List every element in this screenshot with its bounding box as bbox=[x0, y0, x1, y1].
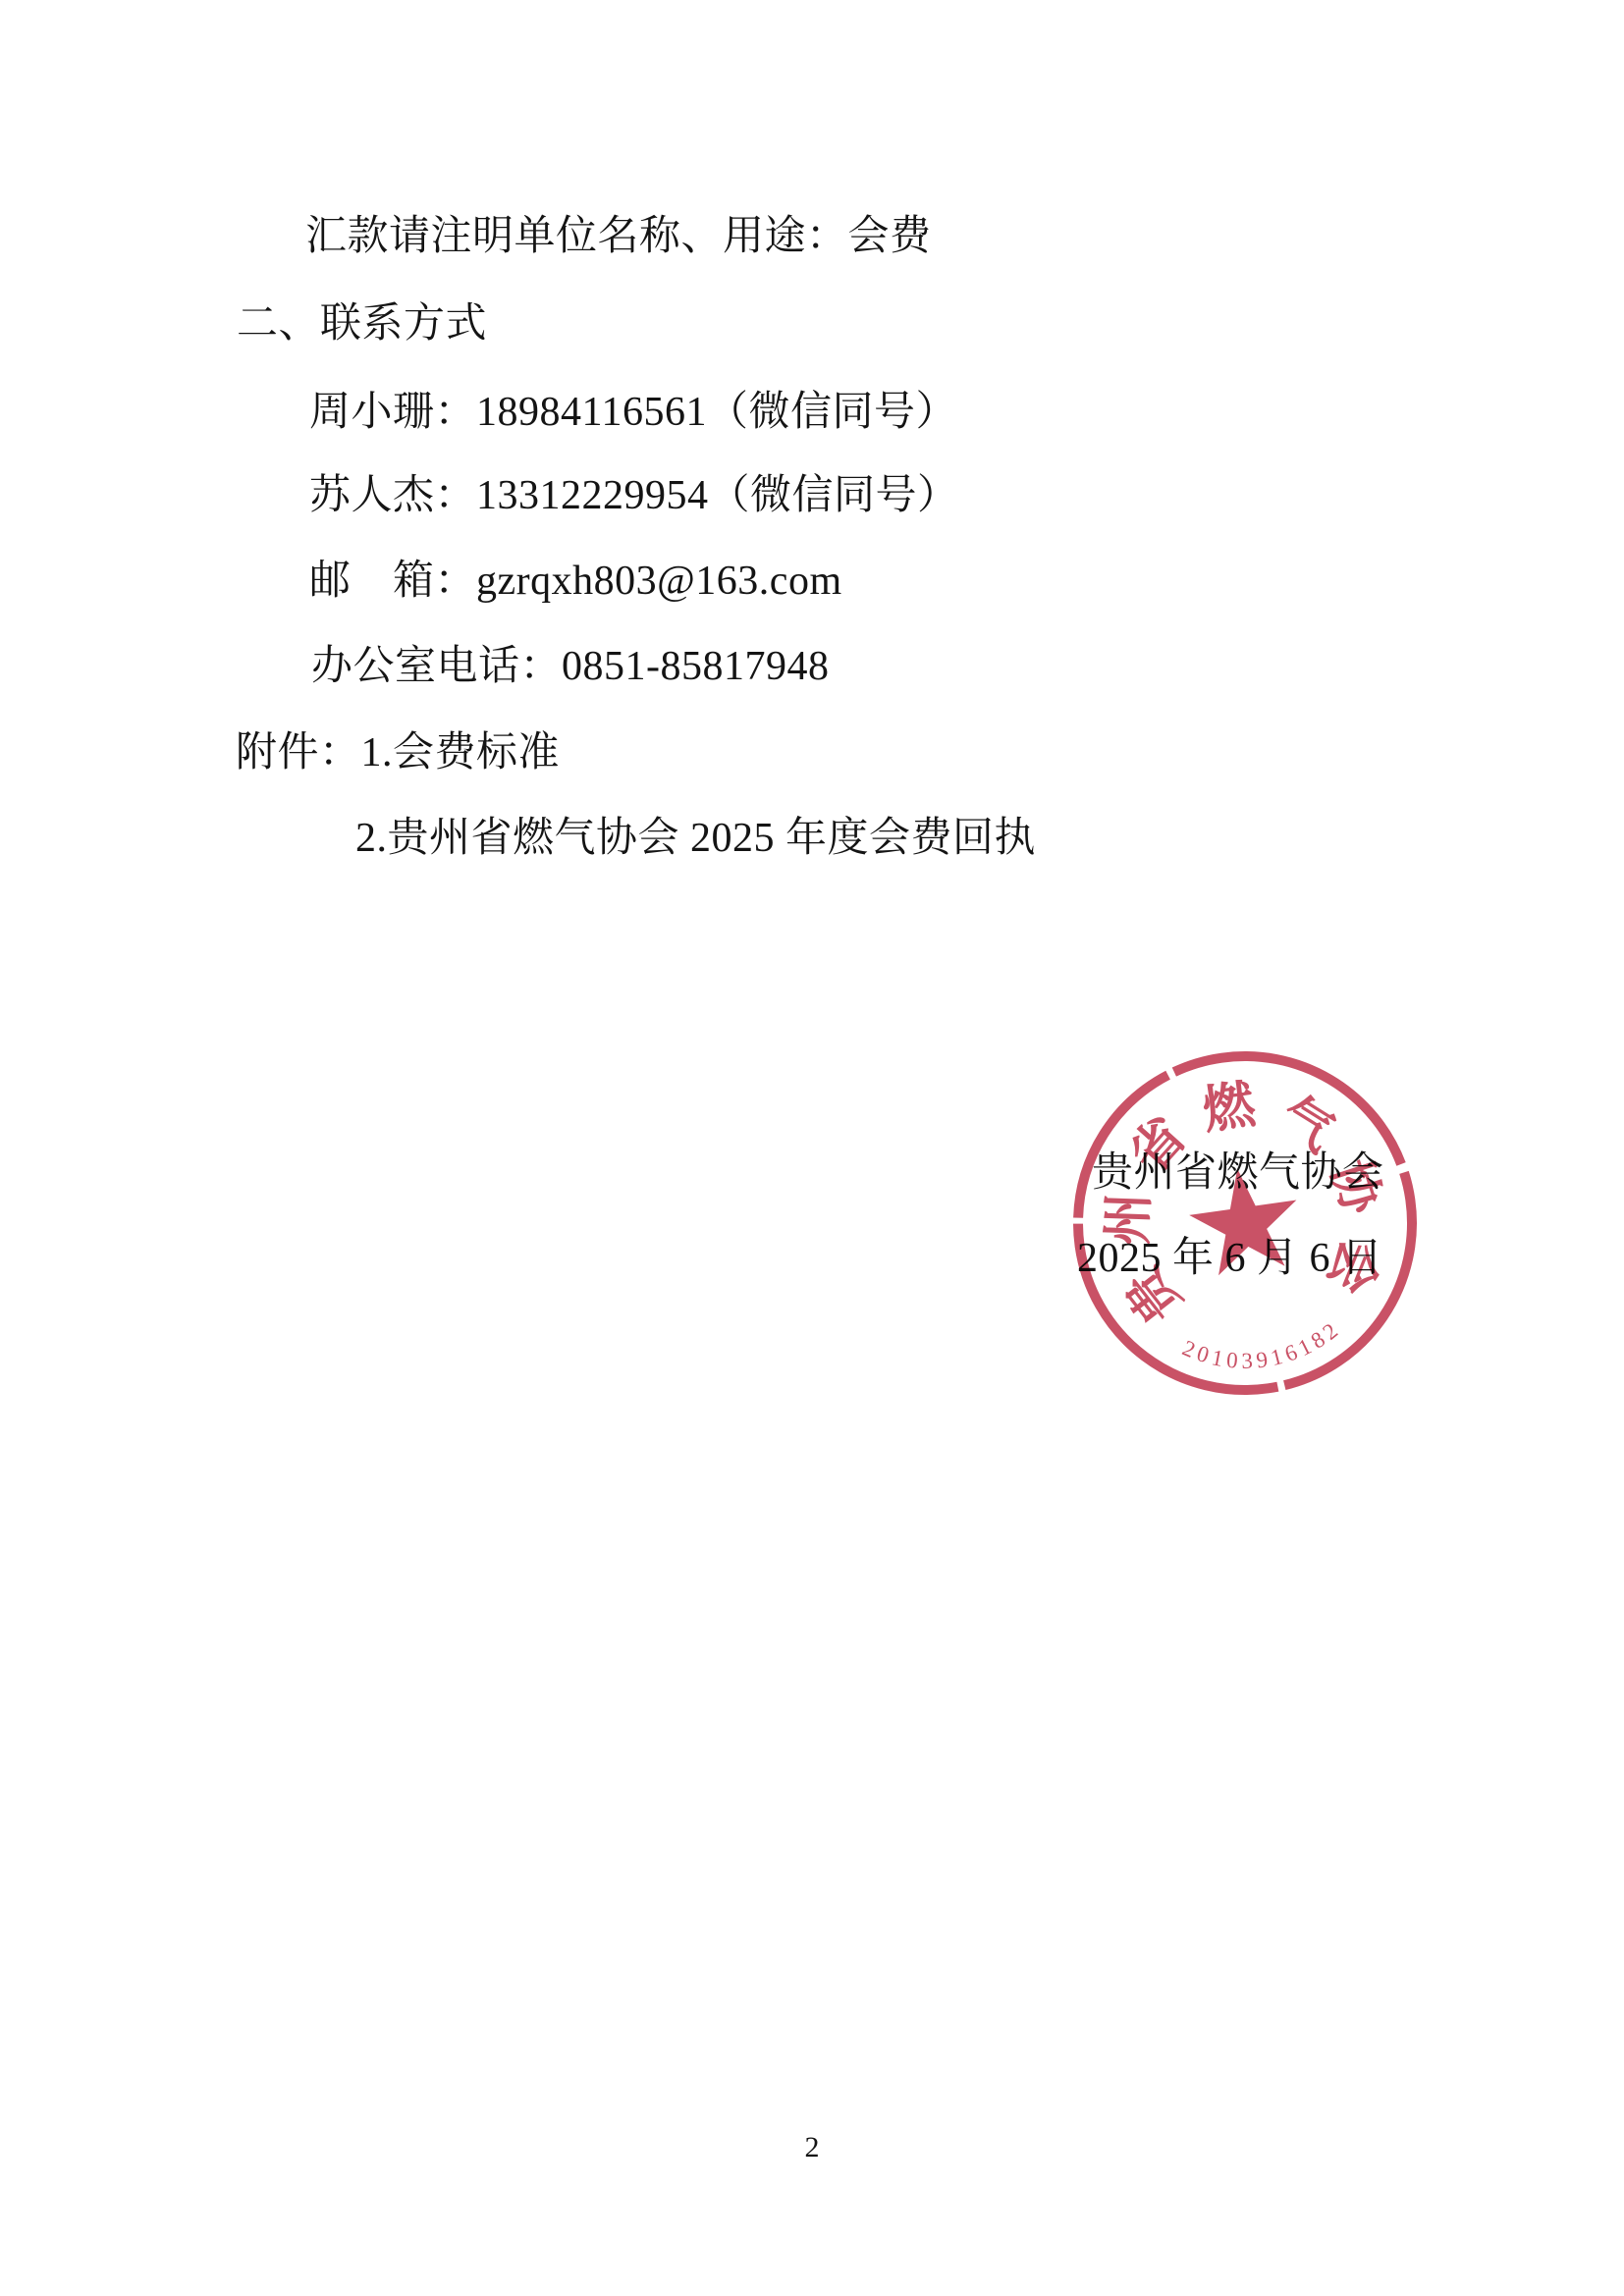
signature-org-name: 贵州省燃气协会 bbox=[1092, 1149, 1384, 1197]
seal-arc-text: 贵 州 省 燃 气 协 会 bbox=[1079, 1058, 1404, 1337]
seal-ring bbox=[1056, 1035, 1434, 1412]
contact-section-heading: 二、联系方式 bbox=[237, 300, 487, 347]
signature-date: 2025 年 6 月 6 日 bbox=[1077, 1235, 1383, 1282]
attachments-label-line: 附件：1.会费标准 bbox=[236, 729, 560, 776]
page-number: 2 bbox=[0, 2131, 1624, 2164]
remit-note-line: 汇款请注明单位名称、用途：会费 bbox=[305, 213, 932, 260]
attachment-item-2: 2.贵州省燃气协会 2025 年度会费回执 bbox=[355, 815, 1036, 862]
contact-office-phone: 办公室电话：0851-85817948 bbox=[311, 643, 830, 690]
seal-arc-char: 燃 bbox=[1199, 1076, 1260, 1141]
contact-email: 邮 箱：gzrqxh803@163.com bbox=[309, 558, 842, 605]
seal-serial-number: 5201039161827 bbox=[1023, 1001, 1349, 1400]
document-page: 汇款请注明单位名称、用途：会费 二、联系方式 周小珊：18984116561（微… bbox=[0, 0, 1624, 2296]
contact-phone-zhou: 周小珊：18984116561（微信同号） bbox=[309, 389, 957, 436]
contact-phone-su: 苏人杰：13312229954（微信同号） bbox=[309, 472, 959, 519]
official-seal: 贵 州 省 燃 气 协 会 5201039161827 bbox=[1023, 1001, 1467, 1445]
